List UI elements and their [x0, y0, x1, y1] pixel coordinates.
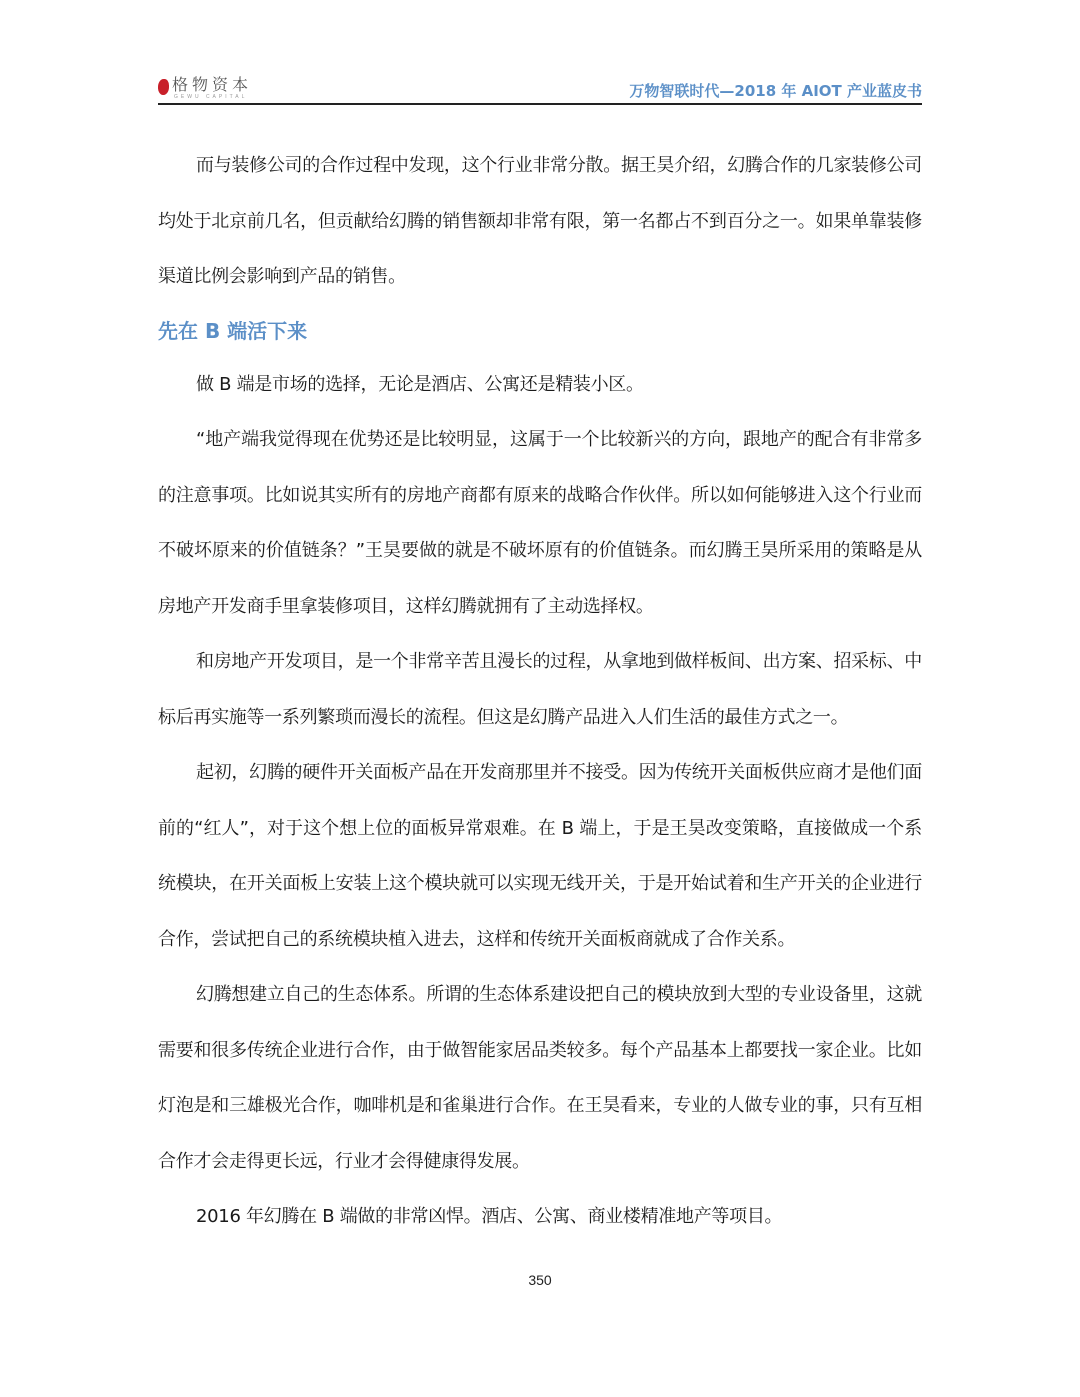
body-paragraph: 2016 年幻腾在 B 端做的非常凶悍。酒店、公寓、商业楼精准地产等项目。	[158, 1189, 922, 1245]
intro-paragraph: 而与装修公司的合作过程中发现，这个行业非常分散。据王昊介绍，幻腾合作的几家装修公…	[158, 138, 922, 305]
header-divider	[158, 103, 922, 105]
seal-logo-icon	[158, 79, 169, 95]
company-logo: 格物资本 GEWU CAPITAL	[158, 76, 252, 100]
body-paragraph: 幻腾想建立自己的生态体系。所谓的生态体系建设把自己的模块放到大型的专业设备里，这…	[158, 967, 922, 1189]
body-paragraph: 起初，幻腾的硬件开关面板产品在开发商那里并不接受。因为传统开关面板供应商才是他们…	[158, 745, 922, 967]
logo-name-cn: 格物资本	[172, 76, 252, 94]
section-heading: 先在 B 端活下来	[158, 307, 922, 355]
document-title: 万物智联时代—2018 年 AIOT 产业蓝皮书	[629, 80, 922, 101]
logo-text: 格物资本 GEWU CAPITAL	[172, 76, 252, 100]
page-number: 350	[0, 1272, 1080, 1288]
logo-name-en: GEWU CAPITAL	[174, 94, 252, 100]
body-paragraph: 做 B 端是市场的选择，无论是酒店、公寓还是精装小区。	[158, 357, 922, 413]
page-content: 而与装修公司的合作过程中发现，这个行业非常分散。据王昊介绍，幻腾合作的几家装修公…	[158, 138, 922, 1245]
body-paragraph: “地产端我觉得现在优势还是比较明显，这属于一个比较新兴的方向，跟地产的配合有非常…	[158, 412, 922, 634]
page-header: 格物资本 GEWU CAPITAL 万物智联时代—2018 年 AIOT 产业蓝…	[158, 74, 922, 104]
body-paragraph: 和房地产开发项目，是一个非常辛苦且漫长的过程，从拿地到做样板间、出方案、招采标、…	[158, 634, 922, 745]
